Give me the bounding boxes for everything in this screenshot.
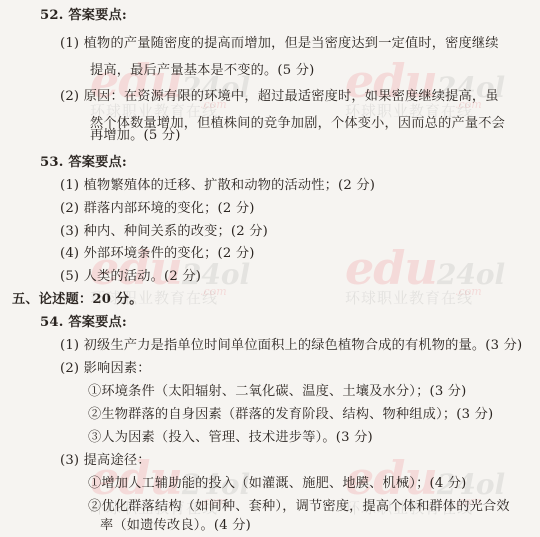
q52-item2-a: (2) 原因：在资源有限的环境中，超过最适密度时，如果密度继续提高，虽 [60,89,499,105]
q53-item1: (1) 植物繁殖体的迁移、扩散和动物的活动性；(2 分) [60,178,375,194]
q52-item1-a: (1) 植物的产量随密度的提高而增加，但是当密度达到一定值时，密度继续 [60,36,499,52]
q54-item2-sub1: ①环境条件（太阳辐射、二氧化碳、温度、土壤及水分）；(3 分) [88,384,467,400]
section5-heading: 五、论述题：20 分。 [12,292,143,308]
watermark-logo: edu [345,241,437,295]
q54-item3-sub2-a: ②优化群落结构（如间种、套种），调节密度，提高个体和群体的光合效 [88,499,510,515]
edu24ol-watermark: edu24ol.com环球职业教育在线 [345,245,505,308]
q54-item3: (3) 提高途径： [60,453,151,469]
q54-item3-sub1: ①增加人工辅助能的投入（如灌溉、施肥、地膜、机械）；(4 分) [88,476,467,492]
q54-item2: (2) 影响因素： [60,361,151,377]
q54-item2-sub2: ②生物群落的自身因素（群落的发育阶段、结构、物种组成）；(3 分) [88,407,493,423]
q53-item3: (3) 种内、种间关系的改变；(2 分) [60,224,268,240]
q54-item2-sub3: ③人为因素（投入、管理、技术进步等）。(3 分) [88,430,373,446]
q52-item1-b: 提高，最后产量基本是不变的。(5 分) [90,63,314,79]
watermark-number: 24ol [437,258,505,291]
q53-item5: (5) 人类的活动。(2 分) [60,269,201,285]
watermark-tagline: 环球职业教育在线 [345,287,505,308]
watermark-domain: .com [200,285,227,298]
q54-heading: 54. 答案要点: [40,315,127,331]
q52-item2-c: 再增加。(5 分) [90,128,181,144]
q53-item2: (2) 群落内部环境的变化；(2 分) [60,201,255,217]
q53-heading: 53. 答案要点: [40,155,127,171]
answer-key-page: edu24ol.com环球职业教育在线edu24ol.com环球职业教育在线ed… [0,0,540,537]
q54-item3-sub2-b: 率（如遗传改良）。(4 分) [100,518,251,534]
q53-item4: (4) 外部环境条件的变化；(2 分) [60,246,255,262]
watermark-domain: .com [455,285,482,298]
q54-item1: (1) 初级生产力是指单位时间单位面积上的绿色植物合成的有机物的量。(3 分) [60,338,522,354]
q52-heading: 52. 答案要点: [40,8,127,24]
